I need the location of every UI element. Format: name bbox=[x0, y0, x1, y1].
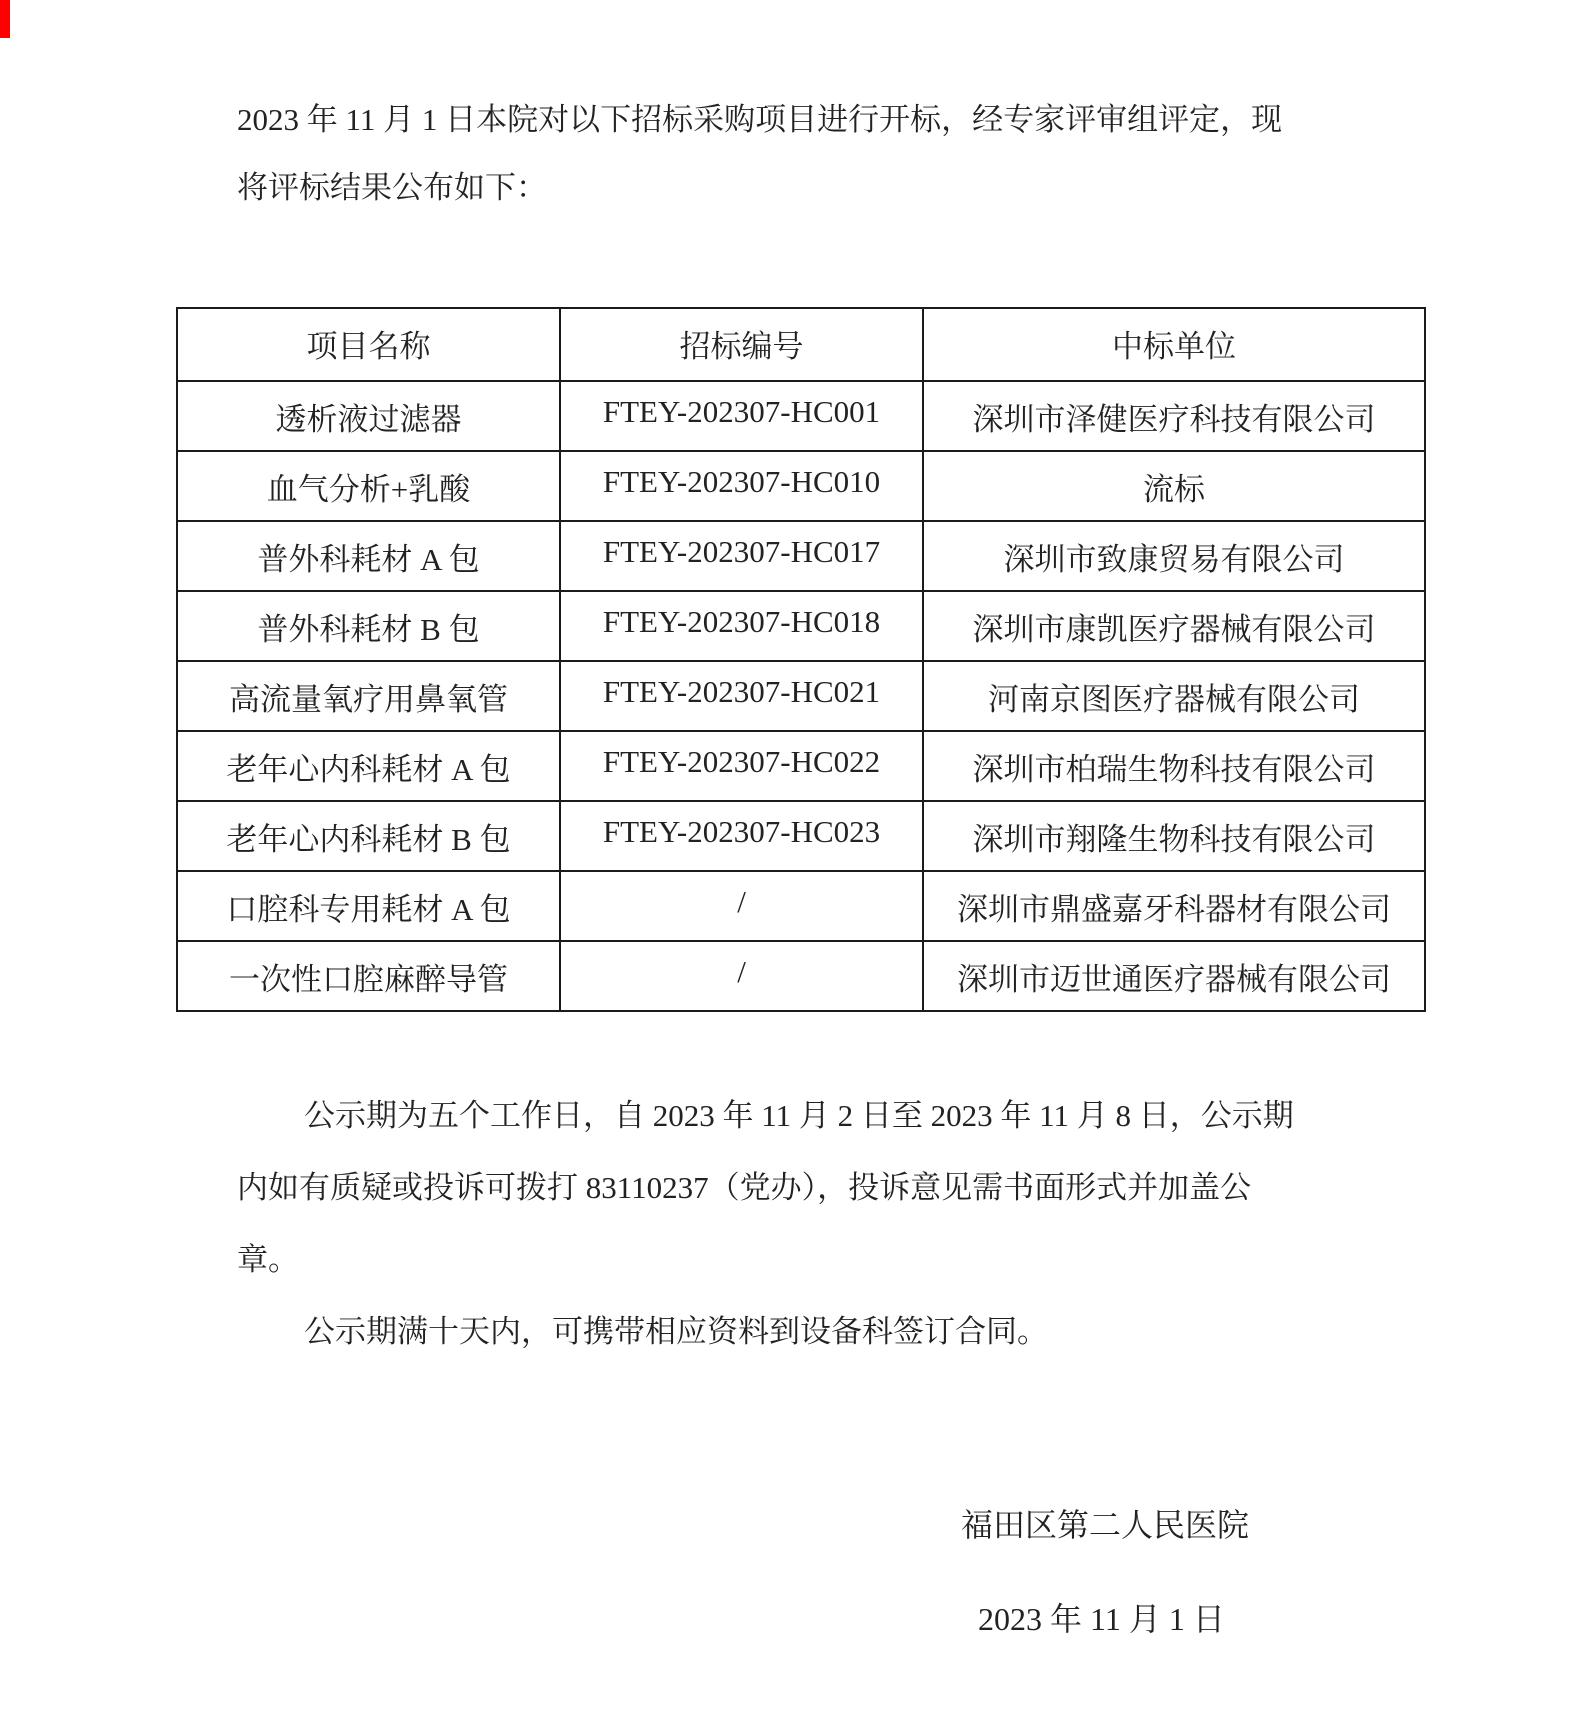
cell-project-name: 一次性口腔麻醉导管 bbox=[177, 941, 560, 1011]
contract-note-line: 公示期满十天内，可携带相应资料到设备科签订合同。 bbox=[237, 1296, 1447, 1368]
cell-winning-bidder: 流标 bbox=[923, 451, 1425, 521]
cell-project-name: 老年心内科耗材 B 包 bbox=[177, 801, 560, 871]
table-header-row: 项目名称 招标编号 中标单位 bbox=[177, 308, 1425, 381]
cell-tender-number: / bbox=[560, 871, 923, 941]
cell-tender-number: FTEY-202307-HC022 bbox=[560, 731, 923, 801]
cell-tender-number: FTEY-202307-HC018 bbox=[560, 591, 923, 661]
header-winning-bidder: 中标单位 bbox=[923, 308, 1425, 381]
cell-winning-bidder: 深圳市泽健医疗科技有限公司 bbox=[923, 381, 1425, 451]
table-row: 老年心内科耗材 A 包 FTEY-202307-HC022 深圳市柏瑞生物科技有… bbox=[177, 731, 1425, 801]
table-row: 口腔科专用耗材 A 包 / 深圳市鼎盛嘉牙科器材有限公司 bbox=[177, 871, 1425, 941]
publicity-notice-paragraph: 公示期为五个工作日，自 2023 年 11 月 2 日至 2023 年 11 月… bbox=[237, 1080, 1447, 1296]
cell-winning-bidder: 深圳市翔隆生物科技有限公司 bbox=[923, 801, 1425, 871]
cell-tender-number: FTEY-202307-HC010 bbox=[560, 451, 923, 521]
cell-winning-bidder: 深圳市康凯医疗器械有限公司 bbox=[923, 591, 1425, 661]
cell-tender-number: / bbox=[560, 941, 923, 1011]
cell-winning-bidder: 河南京图医疗器械有限公司 bbox=[923, 661, 1425, 731]
cell-winning-bidder: 深圳市柏瑞生物科技有限公司 bbox=[923, 731, 1425, 801]
cell-project-name: 普外科耗材 B 包 bbox=[177, 591, 560, 661]
cell-winning-bidder: 深圳市致康贸易有限公司 bbox=[923, 521, 1425, 591]
table-row: 透析液过滤器 FTEY-202307-HC001 深圳市泽健医疗科技有限公司 bbox=[177, 381, 1425, 451]
notice-line-2: 内如有质疑或投诉可拨打 83110237（党办），投诉意见需书面形式并加盖公 bbox=[237, 1152, 1447, 1224]
cell-tender-number: FTEY-202307-HC023 bbox=[560, 801, 923, 871]
red-corner-mark bbox=[0, 0, 10, 38]
header-tender-number: 招标编号 bbox=[560, 308, 923, 381]
cell-winning-bidder: 深圳市鼎盛嘉牙科器材有限公司 bbox=[923, 871, 1425, 941]
intro-line-2: 将评标结果公布如下： bbox=[237, 154, 1447, 222]
bid-results-table: 项目名称 招标编号 中标单位 透析液过滤器 FTEY-202307-HC001 … bbox=[176, 307, 1426, 1012]
notice-line-3: 章。 bbox=[237, 1224, 1447, 1296]
cell-project-name: 血气分析+乳酸 bbox=[177, 451, 560, 521]
cell-tender-number: FTEY-202307-HC001 bbox=[560, 381, 923, 451]
cell-project-name: 透析液过滤器 bbox=[177, 381, 560, 451]
cell-project-name: 高流量氧疗用鼻氧管 bbox=[177, 661, 560, 731]
intro-paragraph: 2023 年 11 月 1 日本院对以下招标采购项目进行开标，经专家评审组评定，… bbox=[237, 86, 1447, 222]
document-page: 2023 年 11 月 1 日本院对以下招标采购项目进行开标，经专家评审组评定，… bbox=[0, 0, 1587, 1715]
cell-project-name: 口腔科专用耗材 A 包 bbox=[177, 871, 560, 941]
contract-note-paragraph: 公示期满十天内，可携带相应资料到设备科签订合同。 bbox=[237, 1296, 1447, 1368]
table-row: 老年心内科耗材 B 包 FTEY-202307-HC023 深圳市翔隆生物科技有… bbox=[177, 801, 1425, 871]
cell-project-name: 老年心内科耗材 A 包 bbox=[177, 731, 560, 801]
signature-date: 2023 年 11 月 1 日 bbox=[978, 1599, 1225, 1639]
notice-line-1: 公示期为五个工作日，自 2023 年 11 月 2 日至 2023 年 11 月… bbox=[237, 1080, 1447, 1152]
header-project-name: 项目名称 bbox=[177, 308, 560, 381]
intro-line-1: 2023 年 11 月 1 日本院对以下招标采购项目进行开标，经专家评审组评定，… bbox=[237, 86, 1447, 154]
cell-winning-bidder: 深圳市迈世通医疗器械有限公司 bbox=[923, 941, 1425, 1011]
table-row: 高流量氧疗用鼻氧管 FTEY-202307-HC021 河南京图医疗器械有限公司 bbox=[177, 661, 1425, 731]
table-row: 一次性口腔麻醉导管 / 深圳市迈世通医疗器械有限公司 bbox=[177, 941, 1425, 1011]
table-row: 血气分析+乳酸 FTEY-202307-HC010 流标 bbox=[177, 451, 1425, 521]
cell-project-name: 普外科耗材 A 包 bbox=[177, 521, 560, 591]
signature-organization: 福田区第二人民医院 bbox=[961, 1505, 1249, 1545]
cell-tender-number: FTEY-202307-HC021 bbox=[560, 661, 923, 731]
cell-tender-number: FTEY-202307-HC017 bbox=[560, 521, 923, 591]
table-row: 普外科耗材 A 包 FTEY-202307-HC017 深圳市致康贸易有限公司 bbox=[177, 521, 1425, 591]
table-row: 普外科耗材 B 包 FTEY-202307-HC018 深圳市康凯医疗器械有限公… bbox=[177, 591, 1425, 661]
